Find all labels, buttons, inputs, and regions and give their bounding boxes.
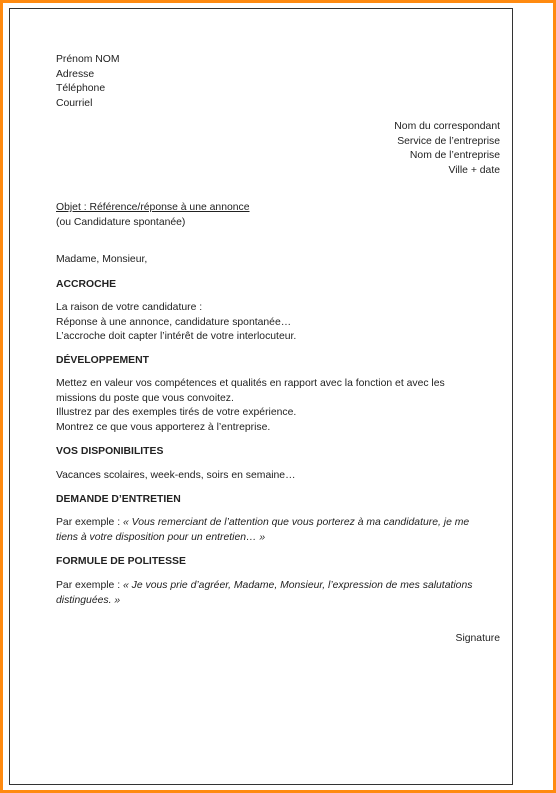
heading-developpement: DÉVELOPPEMENT xyxy=(56,354,149,369)
signature: Signature xyxy=(456,632,500,647)
object-line: Objet : Référence/réponse à une annonce xyxy=(56,201,250,216)
text-line: Réponse à une annonce, candidature spont… xyxy=(56,316,296,331)
object-block: Objet : Référence/réponse à une annonce … xyxy=(56,201,250,230)
text-line: L’accroche doit capter l’intérêt de votr… xyxy=(56,330,296,345)
sender-name: Prénom NOM xyxy=(56,53,120,68)
salutation: Madame, Monsieur, xyxy=(56,253,147,268)
object-subline: (ou Candidature spontanée) xyxy=(56,216,250,231)
example-quote: « Je vous prie d’agréer, Madame, Monsieu… xyxy=(123,580,472,591)
politesse-body: Par exemple : « Je vous prie d’agréer, M… xyxy=(56,579,472,608)
text-line: Vacances scolaires, week-ends, soirs en … xyxy=(56,469,295,484)
text-line: Mettez en valeur vos compétences et qual… xyxy=(56,377,445,392)
example-prefix: Par exemple : xyxy=(56,517,123,528)
sender-address: Adresse xyxy=(56,68,120,83)
example-quote: distinguées. » xyxy=(56,594,472,609)
recipient-company: Nom de l’entreprise xyxy=(394,149,500,164)
accroche-body: La raison de votre candidature : Réponse… xyxy=(56,301,296,345)
entretien-body: Par exemple : « Vous remerciant de l’att… xyxy=(56,516,469,545)
text-line: La raison de votre candidature : xyxy=(56,301,296,316)
heading-politesse: FORMULE DE POLITESSE xyxy=(56,555,186,570)
sender-email: Courriel xyxy=(56,97,120,112)
recipient-service: Service de l’entreprise xyxy=(394,135,500,150)
example-prefix: Par exemple : xyxy=(56,580,123,591)
text-line: missions du poste que vous convoitez. xyxy=(56,392,445,407)
disponibilites-body: Vacances scolaires, week-ends, soirs en … xyxy=(56,469,295,484)
recipient-city-date: Ville + date xyxy=(394,164,500,179)
heading-disponibilites: VOS DISPONIBILITES xyxy=(56,445,163,460)
recipient-block: Nom du correspondant Service de l’entrep… xyxy=(394,120,500,178)
recipient-name: Nom du correspondant xyxy=(394,120,500,135)
heading-accroche: ACCROCHE xyxy=(56,278,116,293)
text-line: Illustrez par des exemples tirés de votr… xyxy=(56,406,445,421)
example-quote: « Vous remerciant de l’attention que vou… xyxy=(123,517,469,528)
heading-entretien: DEMANDE D’ENTRETIEN xyxy=(56,493,181,508)
text-line: Montrez ce que vous apporterez à l’entre… xyxy=(56,421,445,436)
sender-block: Prénom NOM Adresse Téléphone Courriel xyxy=(56,53,120,111)
sender-phone: Téléphone xyxy=(56,82,120,97)
developpement-body: Mettez en valeur vos compétences et qual… xyxy=(56,377,445,435)
example-quote: tiens à votre disposition pour un entret… xyxy=(56,531,469,546)
